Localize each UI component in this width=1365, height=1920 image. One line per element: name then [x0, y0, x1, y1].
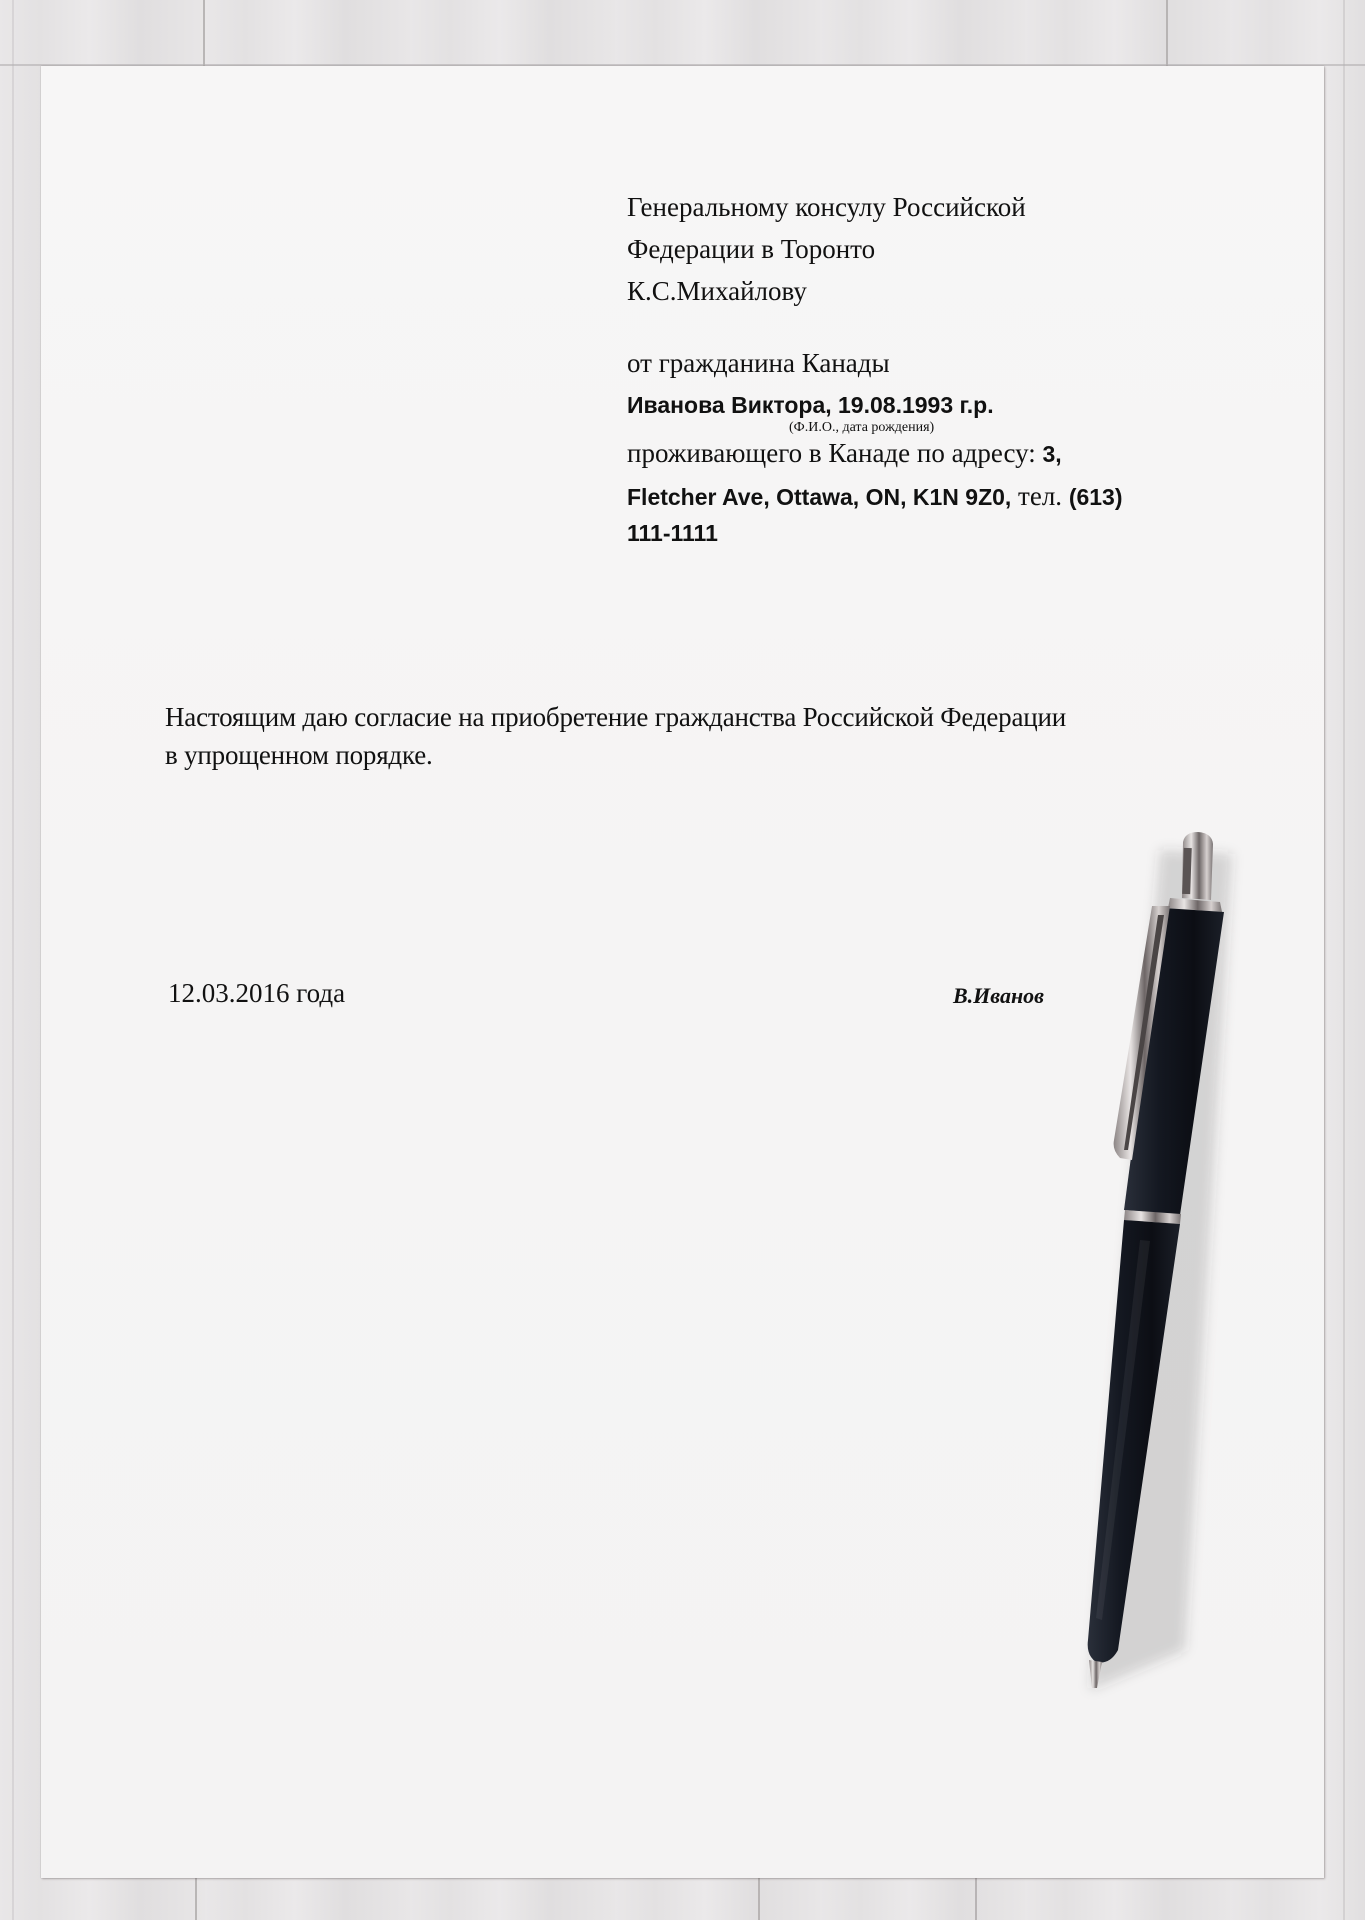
plank-seam — [203, 0, 205, 66]
sender-intro: от гражданина Канады — [627, 342, 1187, 384]
plank-seam — [1343, 0, 1345, 1920]
document-date: 12.03.2016 года — [168, 978, 345, 1009]
consent-statement: Настоящим даю согласие на приобретение г… — [165, 698, 1225, 774]
plank-seam — [12, 0, 14, 1920]
plank-seam — [195, 1878, 197, 1920]
sender-address-line-1: проживающего в Канаде по адресу: 3, — [627, 432, 1187, 475]
address-part-1: 3, — [1043, 441, 1062, 467]
plank-seam — [758, 1878, 760, 1920]
phone-part-1: (613) — [1069, 484, 1123, 510]
consent-line-2: в упрощенном порядке. — [165, 736, 1225, 774]
phone-part-2: 111-1111 — [627, 518, 1187, 548]
recipient-line-2: Федерации в Торонто — [627, 228, 1187, 270]
plank-seam — [1166, 0, 1168, 66]
signature: В.Иванов — [953, 983, 1044, 1009]
address-part-2: Fletcher Ave, Ottawa, ON, K1N 9Z0, — [627, 484, 1011, 510]
plank-seam — [975, 1878, 977, 1920]
phone-label: тел. — [1011, 481, 1069, 511]
recipient-line-3: К.С.Михайлову — [627, 270, 1187, 312]
recipient-line-1: Генеральному консулу Российской — [627, 186, 1187, 228]
sender-address-line-2: Fletcher Ave, Ottawa, ON, K1N 9Z0, тел. … — [627, 475, 1187, 518]
consent-line-1: Настоящим даю согласие на приобретение г… — [165, 698, 1225, 736]
address-label: проживающего в Канаде по адресу: — [627, 438, 1043, 468]
address-block: Генеральному консулу Российской Федераци… — [627, 186, 1187, 548]
